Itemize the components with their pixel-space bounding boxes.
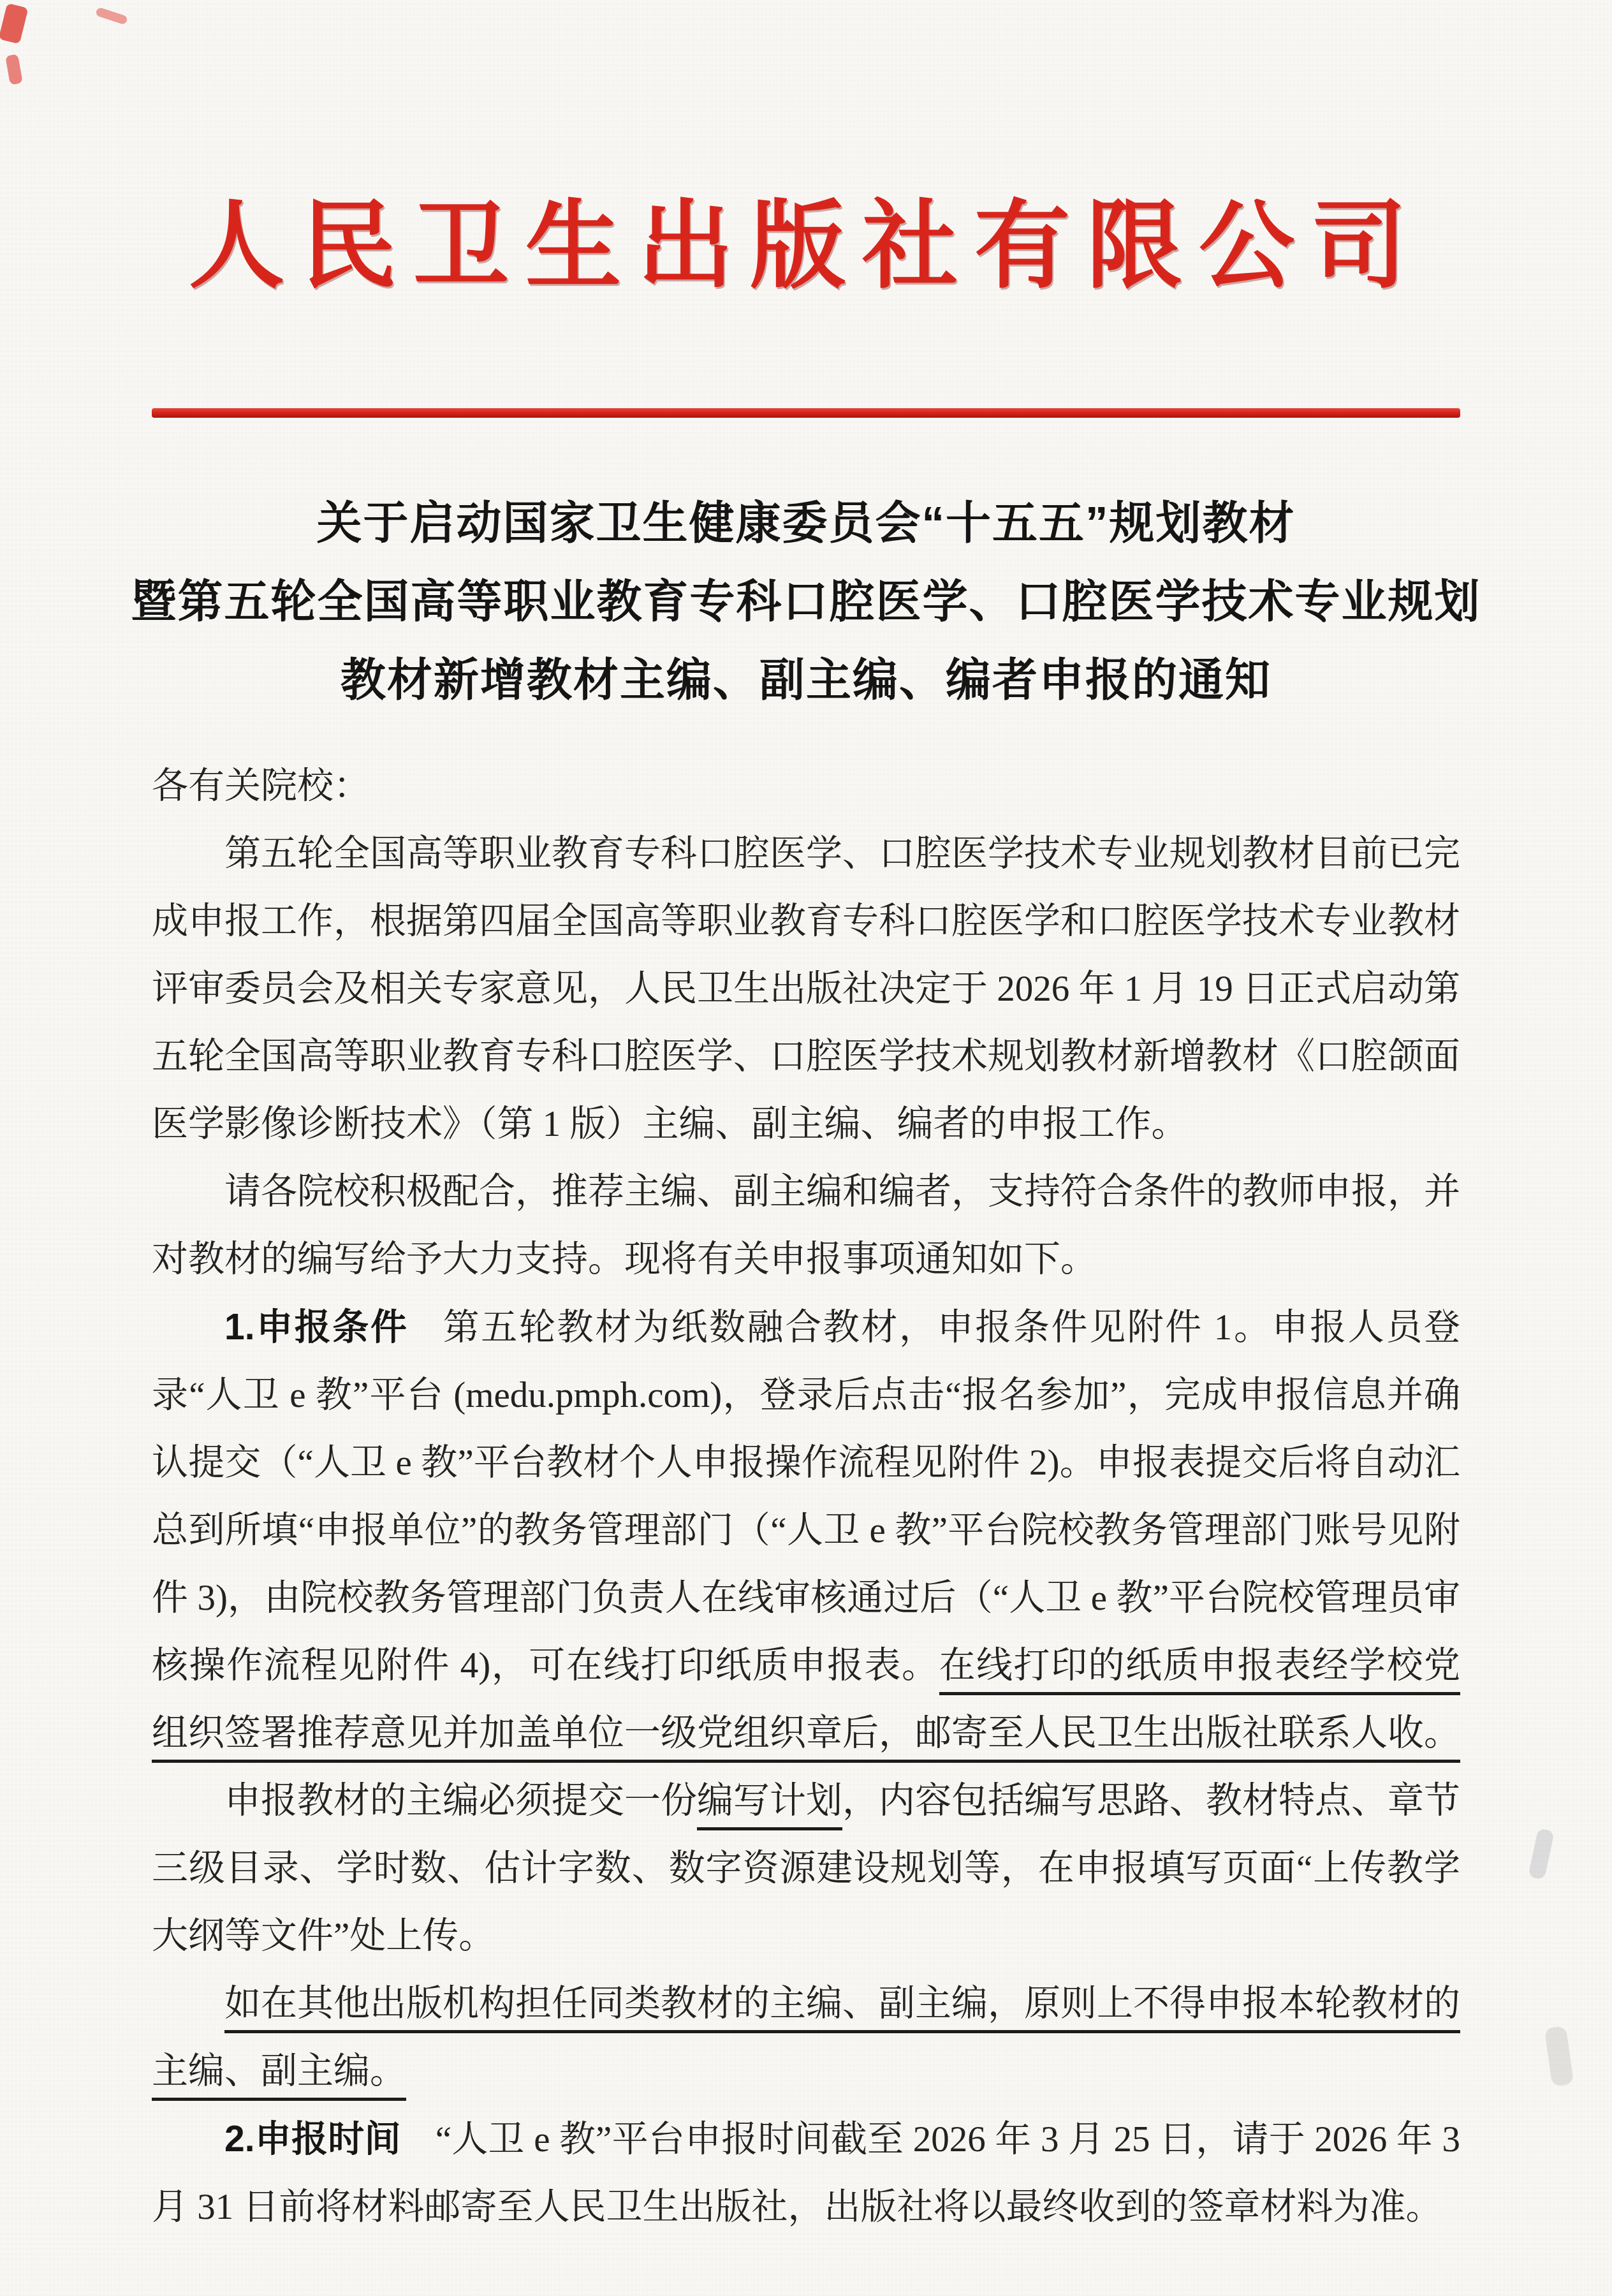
notice-title-line-2: 暨第五轮全国高等职业教育专科口腔医学、口腔医学技术专业规划	[0, 563, 1612, 641]
writing-plan-text-before: 申报教材的主编必须提交一份	[224, 1781, 697, 1821]
notice-title-line-3: 教材新增教材主编、副主编、编者申报的通知	[0, 641, 1612, 719]
paragraph-writing-plan: 申报教材的主编必须提交一份编写计划，内容包括编写思路、教材特点、章节三级目录、学…	[152, 1767, 1460, 1970]
paragraph-restriction: 如在其他出版机构担任同类教材的主编、副主编，原则上不得申报本轮教材的主编、副主编…	[152, 1970, 1460, 2105]
paragraph-cooperation-request: 请各院校积极配合，推荐主编、副主编和编者，支持符合条件的教师申报，并对教材的编写…	[152, 1158, 1460, 1293]
salutation: 各有关院校：	[152, 753, 1460, 820]
scan-red-speck	[5, 54, 23, 85]
scanned-notice-page: 人民卫生出版社有限公司 关于启动国家卫生健康委员会“十五五”规划教材 暨第五轮全…	[0, 0, 1612, 2296]
section-heading-application-conditions: 1.申报条件	[224, 1307, 409, 1348]
notice-title: 关于启动国家卫生健康委员会“十五五”规划教材 暨第五轮全国高等职业教育专科口腔医…	[0, 484, 1612, 719]
section-heading-application-time: 2.申报时间	[224, 2119, 401, 2160]
notice-body: 各有关院校： 第五轮全国高等职业教育专科口腔医学、口腔医学技术专业规划教材目前已…	[152, 753, 1460, 2241]
scan-red-speck	[0, 3, 29, 45]
scan-red-speck	[95, 7, 128, 26]
paragraph-application-time: 2.申报时间“人卫 e 教”平台申报时间截至 2026 年 3 月 25 日，请…	[152, 2105, 1460, 2241]
letterhead-divider-line	[152, 408, 1460, 418]
scan-smudge	[1528, 1828, 1555, 1880]
publisher-letterhead: 人民卫生出版社有限公司	[0, 199, 1612, 295]
underlined-writing-plan: 编写计划	[697, 1781, 842, 1830]
scan-smudge	[1544, 2026, 1574, 2087]
notice-title-line-1: 关于启动国家卫生健康委员会“十五五”规划教材	[0, 484, 1612, 563]
application-conditions-text: 第五轮教材为纸数融合教材，申报条件见附件 1。申报人员登录“人卫 e 教”平台 …	[152, 1307, 1460, 1686]
underlined-restriction: 如在其他出版机构担任同类教材的主编、副主编，原则上不得申报本轮教材的主编、副主编…	[152, 1983, 1460, 2101]
paragraph-launch-overview: 第五轮全国高等职业教育专科口腔医学、口腔医学技术专业规划教材目前已完成申报工作，…	[152, 820, 1460, 1158]
paragraph-application-conditions: 1.申报条件第五轮教材为纸数融合教材，申报条件见附件 1。申报人员登录“人卫 e…	[152, 1293, 1460, 1767]
